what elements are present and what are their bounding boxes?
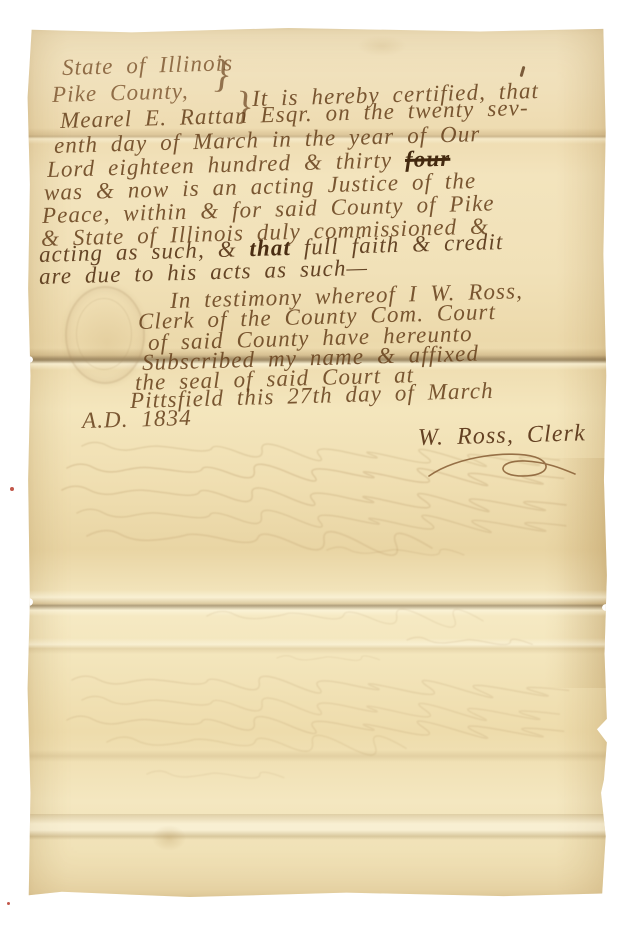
county-line: Pike County, (52, 78, 189, 108)
date-year-line: A.D. 1834 (82, 405, 192, 434)
dust-speck (10, 487, 14, 491)
dust-speck (7, 902, 10, 905)
paper-sheet: State of Illinois } Pike County, } It is… (27, 28, 608, 897)
state-line: State of Illinois (62, 50, 234, 81)
signature-flourish (423, 446, 583, 490)
